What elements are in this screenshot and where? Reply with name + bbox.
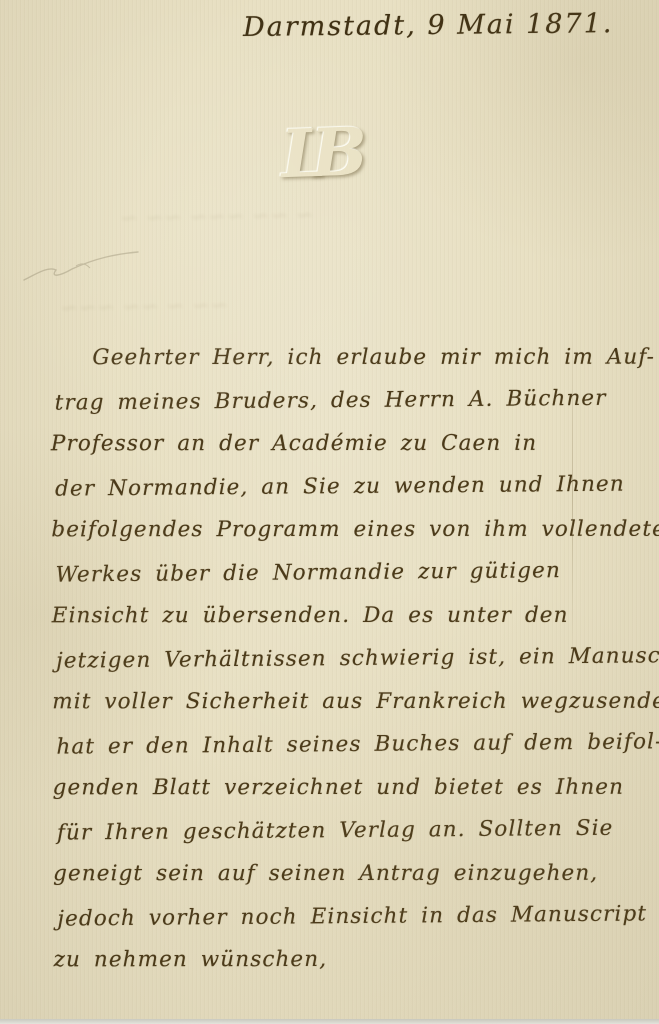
paper-fold-line <box>572 330 573 660</box>
dateline: Darmstadt, 9 Mai 1871. <box>243 8 623 43</box>
handwritten-line: jetzigen Verhältnissen schwierig ist, ei… <box>56 634 648 682</box>
handwritten-line: beifolgendes Programm eines von ihm voll… <box>51 508 647 552</box>
handwritten-line: Werkes über die Normandie zur gütigen <box>55 548 647 596</box>
handwritten-line: Einsicht zu übersenden. Da es unter den <box>52 594 648 638</box>
handwritten-line: geneigt sein auf seinen Antrag einzugehe… <box>53 852 649 896</box>
handwritten-line: mit voller Sicherheit aus Frankreich weg… <box>52 680 648 724</box>
handwritten-line: hat er den Inhalt seines Buches auf dem … <box>56 720 648 768</box>
pencil-mark <box>16 236 146 296</box>
letter-page: ~ ~~ ~~~ ~~ ~ ~~ ~ ~~ ~~~ Darmstadt, 9 M… <box>0 0 659 1024</box>
handwritten-line: der Normandie, an Sie zu wenden und Ihne… <box>55 462 647 510</box>
letter-body: Geehrter Herr, ich erlaube mir mich im A… <box>50 334 649 982</box>
handwritten-line: genden Blatt verzeichnet und bietet es I… <box>53 766 649 810</box>
handwritten-line: Professor an der Académie zu Caen in <box>51 422 647 466</box>
ink-bleedthrough: ~~ ~ ~~ ~~~ <box>60 294 229 322</box>
paper-bottom-edge <box>0 1019 659 1024</box>
embossed-monogram: LB <box>279 107 352 199</box>
handwritten-line: jedoch vorher noch Einsicht in das Manus… <box>57 892 649 940</box>
handwritten-line: Geehrter Herr, ich erlaube mir mich im A… <box>92 336 646 379</box>
handwritten-line: zu nehmen wünschen, <box>54 938 650 982</box>
handwritten-line: für Ihren geschätzten Verlag an. Sollten… <box>57 806 649 854</box>
ink-bleedthrough: ~ ~~ ~~~ ~~ ~ <box>120 203 314 231</box>
handwritten-line: trag meines Bruders, des Herrn A. Büchne… <box>54 376 646 424</box>
